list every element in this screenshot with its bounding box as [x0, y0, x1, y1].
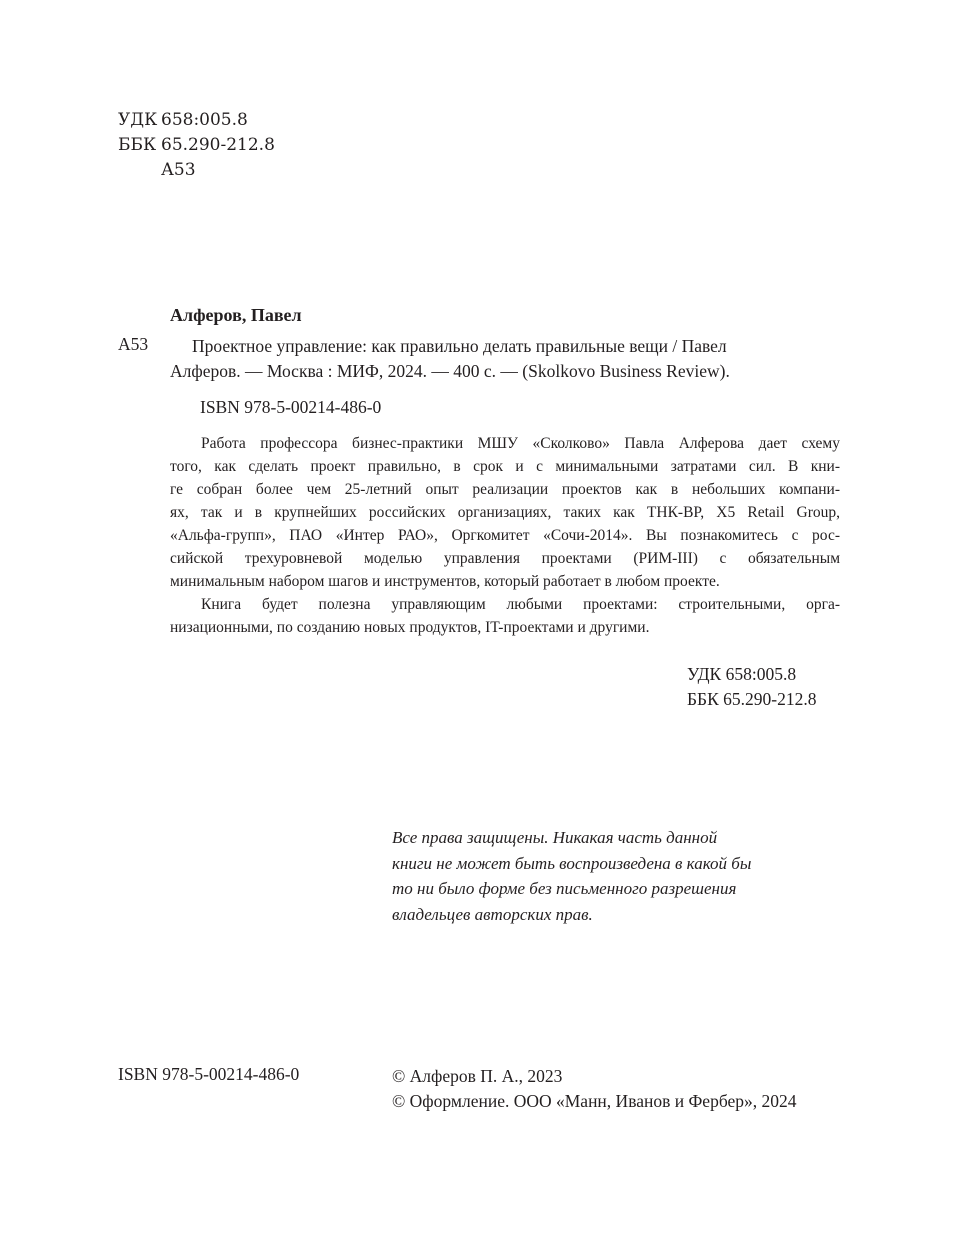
bbk-value: 65.290-212.8: [161, 133, 275, 158]
rights-notice: Все права защищены. Никакая часть данной…: [392, 825, 751, 927]
biblio-line-2: Алферов. — Москва : МИФ, 2024. — 400 с. …: [170, 359, 840, 384]
biblio-line-1: Проектное управление: как правильно дела…: [170, 334, 840, 359]
rights-line: владельцев авторских прав.: [392, 902, 751, 928]
annotation-line: минимальным набором шагов и инструментов…: [170, 570, 840, 593]
annotation-line: ге собран более чем 25-летний опыт реали…: [170, 478, 840, 501]
author-mark: А53: [161, 158, 196, 183]
bibliographic-description: Проектное управление: как правильно дела…: [170, 334, 840, 384]
annotation-line: «Альфа-групп», ПАО «Интер РАО», Оргкомит…: [170, 524, 840, 547]
annotation-line: Работа профессора бизнес-практики МШУ «С…: [170, 432, 840, 455]
classification-codes-right: УДК 658:005.8 ББК 65.290-212.8: [687, 662, 816, 712]
rights-line: то ни было форме без письменного разреше…: [392, 876, 751, 902]
annotation-line: того, как сделать проект правильно, в ср…: [170, 455, 840, 478]
annotation-line: низационными, по созданию новых продукто…: [170, 616, 840, 639]
annotation: Работа профессора бизнес-практики МШУ «С…: [170, 432, 840, 639]
udk-row: УДК 658:005.8: [118, 108, 275, 133]
rights-line: Все права защищены. Никакая часть данной: [392, 825, 751, 851]
copyright-block: © Алферов П. А., 2023 © Оформление. ООО …: [392, 1064, 797, 1114]
record-author: Алферов, Павел: [170, 305, 302, 326]
footer-isbn: ISBN 978-5-00214-486-0: [118, 1064, 299, 1085]
udk-value: 658:005.8: [161, 108, 248, 133]
bbk-row: ББК 65.290-212.8: [118, 133, 275, 158]
bbk-label: ББК: [118, 133, 161, 158]
biblio-line-1-text: Проектное управление: как правильно дела…: [192, 336, 727, 356]
classification-block: УДК 658:005.8 ББК 65.290-212.8 А53: [118, 108, 275, 183]
udk-code: УДК 658:005.8: [687, 662, 816, 687]
author-mark-row: А53: [118, 158, 275, 183]
record-author-mark: А53: [118, 334, 148, 355]
annotation-line: сийской трехуровневой моделью управления…: [170, 547, 840, 570]
biblio-line-2-text: Алферов. — Москва : МИФ, 2024. — 400 с. …: [170, 361, 730, 381]
bbk-code: ББК 65.290-212.8: [687, 687, 816, 712]
rights-line: книги не может быть воспроизведена в как…: [392, 851, 751, 877]
annotation-line: Книга будет полезна управляющим любыми п…: [170, 593, 840, 616]
copyright-author: © Алферов П. А., 2023: [392, 1064, 797, 1089]
annotation-line: ях, так и в крупнейших российских органи…: [170, 501, 840, 524]
udk-label: УДК: [118, 108, 161, 133]
record-isbn: ISBN 978-5-00214-486-0: [200, 397, 381, 418]
copyright-design: © Оформление. ООО «Манн, Иванов и Фербер…: [392, 1089, 797, 1114]
